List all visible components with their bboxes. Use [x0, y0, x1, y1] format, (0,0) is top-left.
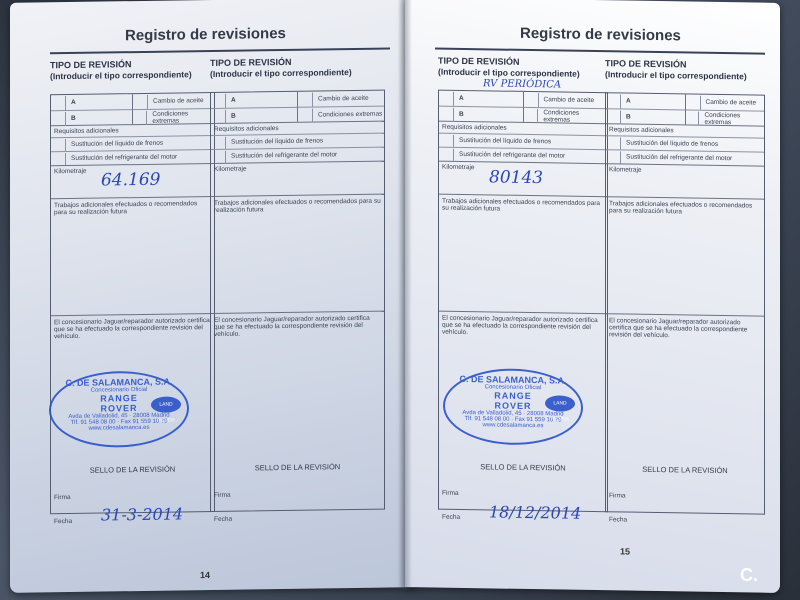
brake-fluid-label: Sustitución del líquido de frenos — [626, 140, 718, 148]
checkbox-a[interactable] — [439, 91, 454, 105]
checkbox-brake-fluid[interactable] — [606, 137, 621, 149]
extreme-conditions-label: Condiciones extremas — [543, 109, 607, 124]
extreme-conditions-label: Condiciones extremas — [152, 109, 214, 124]
brake-fluid-label: Sustitución del líquido de frenos — [459, 137, 551, 145]
type-a-label: A — [626, 98, 631, 105]
mileage-label: Kilometraje — [609, 166, 642, 174]
extreme-conditions-label: Condiciones extremas — [704, 111, 764, 126]
checkbox-a[interactable] — [606, 94, 621, 108]
revision-entry: TIPO DE REVISIÓN (Introducir el tipo cor… — [605, 58, 765, 515]
additional-work-label: Trabajos adicionales efectuados o recome… — [439, 195, 607, 315]
handwritten-revision-type: RV PERIÓDICA — [483, 78, 561, 90]
oil-change-label: Cambio de aceite — [544, 96, 595, 104]
coolant-label: Sustitución del refrigerante del motor — [231, 151, 337, 159]
checkbox-extreme[interactable] — [298, 108, 313, 122]
date-label: Fecha — [54, 518, 72, 525]
stamp-label: SELLO DE LA REVISIÓN — [51, 464, 214, 475]
checkbox-a[interactable] — [211, 93, 226, 107]
signature-label: Firma — [54, 494, 71, 501]
type-b-label: B — [231, 113, 236, 120]
checkbox-coolant[interactable] — [439, 148, 454, 160]
type-a-label: A — [231, 97, 236, 104]
revision-entry: TIPO DE REVISIÓN (Introducir el tipo cor… — [50, 58, 215, 514]
revision-form: A B Cambio de aceite Condiciones extrema… — [50, 92, 215, 514]
type-b-label: B — [459, 111, 464, 118]
mileage-value: 64.169 — [101, 170, 160, 191]
dealer-stamp: C. DE SALAMANCA, S.A. Concesionario Ofic… — [49, 370, 189, 448]
mileage-label: Kilometraje — [214, 166, 247, 173]
entry-subheading: (Introducir el tipo correspondiente) — [605, 69, 765, 83]
additional-work-label: Trabajos adicionales efectuados o recome… — [211, 195, 384, 314]
left-page: Registro de revisiones TIPO DE REVISIÓN … — [10, 0, 415, 593]
entry-subheading: (Introducir el tipo correspondiente) — [50, 69, 215, 82]
page-title: Registro de revisiones — [520, 25, 681, 45]
right-page: Registro de revisiones TIPO DE REVISIÓN … — [405, 0, 780, 593]
brake-fluid-label: Sustitución del líquido de frenos — [71, 140, 163, 148]
coolant-label: Sustitución del refrigerante del motor — [71, 153, 177, 161]
signature-label: Firma — [442, 490, 459, 497]
mileage-label: Kilometraje — [54, 168, 87, 175]
watermark-logo: C. — [740, 565, 758, 586]
type-b-label: B — [626, 114, 631, 121]
brake-fluid-label: Sustitución del líquido de frenos — [231, 137, 323, 145]
page-number: 15 — [620, 546, 630, 556]
date-value: 31-3-2014 — [101, 504, 183, 524]
signature-label: Firma — [214, 492, 231, 499]
checkbox-oil[interactable] — [686, 95, 701, 109]
oil-change-label: Cambio de aceite — [706, 99, 757, 107]
checkbox-a[interactable] — [51, 96, 66, 110]
stamp-label: SELLO DE LA REVISIÓN — [606, 464, 764, 475]
type-a-label: A — [459, 95, 464, 102]
certification-text: El concesionario Jaguar/reparador autori… — [442, 315, 604, 339]
checkbox-brake-fluid[interactable] — [439, 134, 454, 146]
checkbox-b[interactable] — [211, 109, 226, 123]
checkbox-coolant[interactable] — [211, 150, 226, 162]
checkbox-oil[interactable] — [298, 92, 313, 106]
certification-text: El concesionario Jaguar/reparador autori… — [609, 317, 761, 340]
oil-change-label: Cambio de aceite — [318, 95, 369, 103]
date-label: Fecha — [442, 514, 460, 521]
checkbox-extreme[interactable] — [524, 108, 539, 122]
date-label: Fecha — [214, 516, 232, 523]
page-title: Registro de revisiones — [125, 25, 286, 44]
revision-form: A B Cambio de aceite Condiciones extrema… — [605, 92, 765, 515]
type-a-label: A — [71, 99, 76, 106]
certification-text: El concesionario Jaguar/reparador autori… — [214, 315, 381, 338]
additional-work-label: Trabajos adicionales efectuados o recome… — [51, 197, 214, 316]
revision-entry: TIPO DE REVISIÓN (Introducir el tipo cor… — [210, 56, 385, 512]
signature-label: Firma — [609, 492, 626, 499]
checkbox-brake-fluid[interactable] — [51, 139, 66, 151]
checkbox-b[interactable] — [606, 110, 621, 124]
page-number: 14 — [200, 570, 210, 580]
stamp-label: SELLO DE LA REVISIÓN — [439, 462, 607, 474]
checkbox-b[interactable] — [51, 112, 66, 126]
revision-form: A B Cambio de aceite Condiciones extrema… — [210, 90, 385, 512]
coolant-label: Sustitución del refrigerante del motor — [626, 154, 732, 163]
type-b-label: B — [71, 115, 76, 122]
checkbox-extreme[interactable] — [686, 111, 700, 125]
title-rule — [435, 48, 765, 55]
checkbox-oil[interactable] — [133, 94, 148, 108]
mileage-label: Kilometraje — [442, 164, 475, 172]
date-label: Fecha — [609, 516, 627, 523]
checkbox-coolant[interactable] — [51, 153, 66, 165]
coolant-label: Sustitución del refrigerante del motor — [459, 151, 565, 160]
date-value: 18/12/2014 — [489, 502, 581, 522]
certification-text: El concesionario Jaguar/reparador autori… — [54, 317, 211, 340]
booklet-spine — [398, 0, 412, 590]
stamp-label: SELLO DE LA REVISIÓN — [211, 462, 384, 473]
additional-work-label: Trabajos adicionales efectuados o recome… — [606, 197, 764, 316]
oil-change-label: Cambio de aceite — [153, 97, 204, 105]
title-rule — [50, 48, 390, 55]
revision-form: A B Cambio de aceite Condiciones extrema… — [438, 90, 608, 513]
dealer-stamp: C. DE SALAMANCA, S.A. Concesionario Ofic… — [443, 368, 583, 446]
entry-subheading: (Introducir el tipo correspondiente) — [210, 67, 385, 80]
land-rover-logo-icon: LAND ROVER — [545, 395, 575, 411]
checkbox-oil[interactable] — [524, 92, 539, 106]
revision-entry: TIPO DE REVISIÓN (Introducir el tipo cor… — [438, 56, 608, 513]
checkbox-coolant[interactable] — [606, 151, 621, 163]
checkbox-brake-fluid[interactable] — [211, 136, 226, 148]
checkbox-b[interactable] — [439, 107, 454, 121]
checkbox-extreme[interactable] — [133, 110, 147, 124]
extreme-conditions-label: Condiciones extremas — [318, 111, 382, 119]
mileage-value: 80143 — [489, 167, 543, 188]
